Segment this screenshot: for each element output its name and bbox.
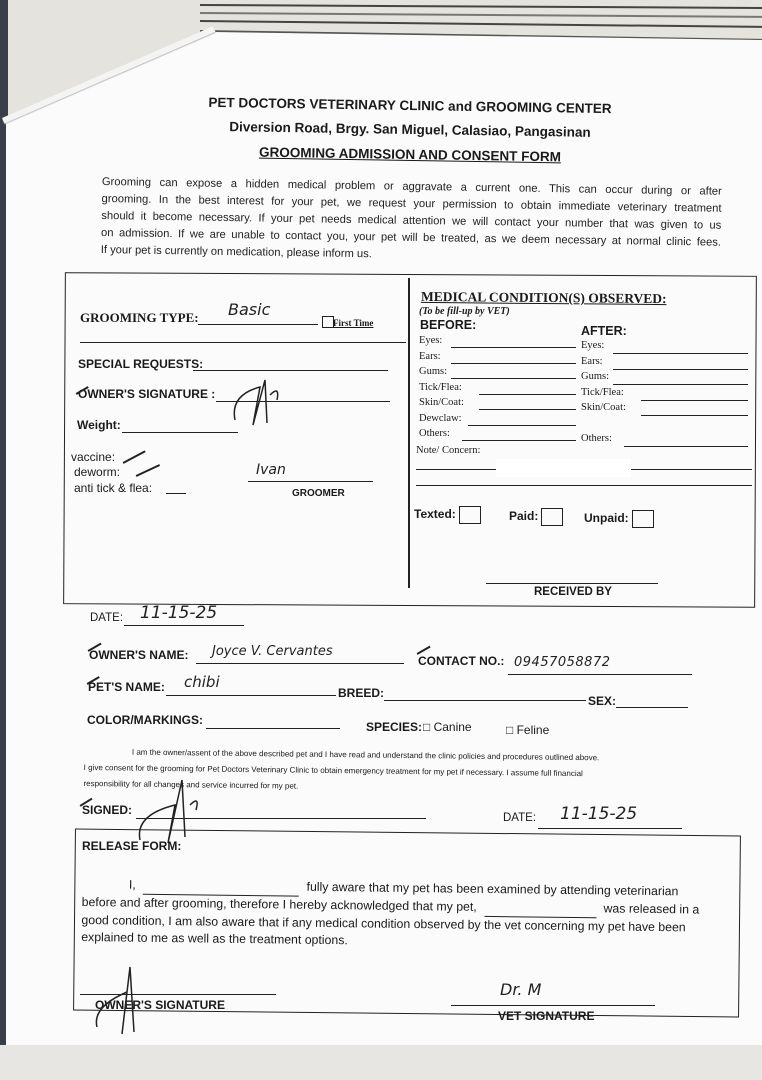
release-line-1-suffix: fully aware that my pet has been examine… — [306, 880, 678, 899]
after-field-input[interactable] — [613, 353, 748, 354]
before-field-label: Skin/Coat: — [419, 397, 464, 408]
contact-line — [508, 674, 692, 675]
contact-label: CONTACT NO.: — [418, 654, 504, 668]
date-line — [124, 625, 244, 626]
after-field-label: Skin/Coat: — [581, 402, 626, 413]
breed-field[interactable] — [384, 700, 586, 701]
intro-paragraph: Grooming can expose a hidden medical pro… — [101, 174, 722, 269]
release-title: RELEASE FORM: — [82, 839, 181, 853]
received-by-line[interactable] — [486, 583, 658, 584]
special-requests-label: SPECIAL REQUESTS: — [78, 357, 203, 371]
paper-stack-edges — [200, 0, 762, 30]
grooming-type-label: GROOMING TYPE: — [80, 310, 199, 326]
after-field-label: Ears: — [581, 356, 603, 367]
before-field-label: Others: — [419, 428, 450, 439]
before-label: BEFORE: — [420, 318, 476, 332]
groomer-signature: Ivan — [256, 462, 286, 478]
vet-signature-value: Dr. M — [500, 980, 541, 999]
after-field-label: Others: — [581, 433, 612, 444]
breed-label: BREED: — [338, 686, 384, 700]
owner-name-blank[interactable] — [143, 877, 299, 897]
texted-field: Texted: — [414, 506, 481, 524]
weight-field[interactable] — [122, 432, 238, 433]
deworm-label: deworm: — [74, 465, 120, 479]
species-label: SPECIES: — [366, 720, 422, 734]
before-field-label: Eyes: — [419, 335, 442, 346]
vet-signature-label: VET SIGNATURE — [498, 1009, 594, 1023]
before-field-label: Dewclaw: — [419, 413, 462, 424]
release-paragraph: I, fully aware that my pet has been exam… — [81, 876, 732, 954]
before-field-input[interactable] — [451, 363, 576, 364]
after-field-label: Eyes: — [581, 340, 604, 351]
date-value[interactable]: 11-15-25 — [140, 603, 217, 623]
after-label: AFTER: — [581, 324, 627, 338]
color-markings-field[interactable] — [206, 728, 340, 729]
texted-checkbox[interactable] — [459, 506, 481, 524]
medical-title: MEDICAL CONDITION(S) OBSERVED: — [421, 289, 667, 307]
before-field-label: Ears: — [419, 351, 441, 362]
owner-signature-scribble — [225, 375, 295, 430]
after-field-input[interactable] — [613, 384, 748, 385]
paid-checkbox[interactable] — [541, 508, 563, 526]
grooming-type-value[interactable]: Basic — [228, 300, 270, 319]
anti-tick-field[interactable] — [166, 493, 186, 494]
species-option-feline[interactable]: □ Feline — [506, 723, 549, 737]
weight-label: Weight: — [77, 418, 121, 432]
after-field-label: Tick/Flea: — [581, 387, 624, 398]
sex-label: SEX: — [588, 694, 616, 708]
sex-field[interactable] — [616, 707, 688, 708]
paid-field: Paid: — [509, 508, 563, 526]
species-option-canine[interactable]: □ Canine — [423, 720, 472, 734]
release-line-2-suffix: was released in a — [604, 901, 700, 916]
before-field-input[interactable] — [479, 409, 576, 410]
owner-name-line — [196, 663, 404, 664]
anti-tick-label: anti tick & flea: — [74, 481, 152, 495]
pet-name-blank[interactable] — [484, 899, 596, 918]
pet-name-value[interactable]: chibi — [184, 673, 220, 691]
after-field-input[interactable] — [641, 415, 748, 416]
unpaid-checkbox[interactable] — [632, 510, 654, 528]
consent-date-line — [538, 828, 682, 829]
note-line-2[interactable] — [416, 485, 752, 486]
special-requests-field[interactable] — [193, 370, 388, 371]
background-bottom — [0, 1045, 762, 1080]
owner-name-label: OWNER'S NAME: — [89, 648, 189, 662]
before-field-input[interactable] — [479, 394, 576, 395]
section-divider — [408, 278, 410, 588]
owner-name-value[interactable]: Joyce V. Cervantes — [212, 644, 333, 659]
before-field-label: Tick/Flea: — [419, 382, 462, 393]
texted-label: Texted: — [414, 507, 456, 521]
vaccine-label: vaccine: — [71, 450, 115, 464]
after-field-input[interactable] — [624, 446, 748, 447]
after-field-input[interactable] — [641, 400, 748, 401]
consent-date-value[interactable]: 11-15-25 — [560, 804, 637, 824]
unpaid-field: Unpaid: — [584, 510, 654, 528]
after-field-label: Gums: — [581, 371, 609, 382]
owner-signature-label: OWNER'S SIGNATURE : — [78, 387, 215, 401]
unpaid-label: Unpaid: — [584, 511, 629, 525]
received-by-label: RECEIVED BY — [534, 586, 612, 598]
before-field-input[interactable] — [468, 425, 576, 426]
pet-name-label: PET'S NAME: — [88, 680, 165, 694]
before-field-input[interactable] — [451, 347, 576, 348]
note-label: Note/ Concern: — [416, 445, 480, 456]
vet-signature-line[interactable] — [451, 1005, 655, 1006]
before-field-label: Gums: — [419, 366, 447, 377]
signed-label: SIGNED: — [82, 803, 132, 817]
contact-value[interactable]: 09457058872 — [514, 655, 610, 670]
medical-subtitle: (To be fill-up by VET) — [419, 306, 510, 317]
color-markings-label: COLOR/MARKINGS: — [87, 713, 203, 727]
before-field-input[interactable] — [451, 378, 576, 379]
after-field-input[interactable] — [613, 369, 748, 370]
grooming-extra-line — [80, 342, 406, 343]
consent-date-label: DATE: — [503, 812, 536, 824]
release-line-2-prefix: before and after grooming, therefore I h… — [82, 895, 477, 914]
release-line-1-prefix: I, — [129, 878, 136, 892]
grooming-type-line — [198, 324, 318, 325]
pet-name-line — [166, 695, 336, 696]
redacted-note — [496, 459, 631, 477]
date-label: DATE: — [90, 612, 123, 624]
first-time-label: First Time — [333, 318, 373, 328]
groomer-label: GROOMER — [292, 488, 345, 499]
paid-label: Paid: — [509, 509, 538, 523]
groomer-signature-line[interactable] — [248, 481, 373, 482]
release-owner-signature-scribble — [92, 962, 152, 1037]
before-field-input[interactable] — [462, 440, 576, 441]
